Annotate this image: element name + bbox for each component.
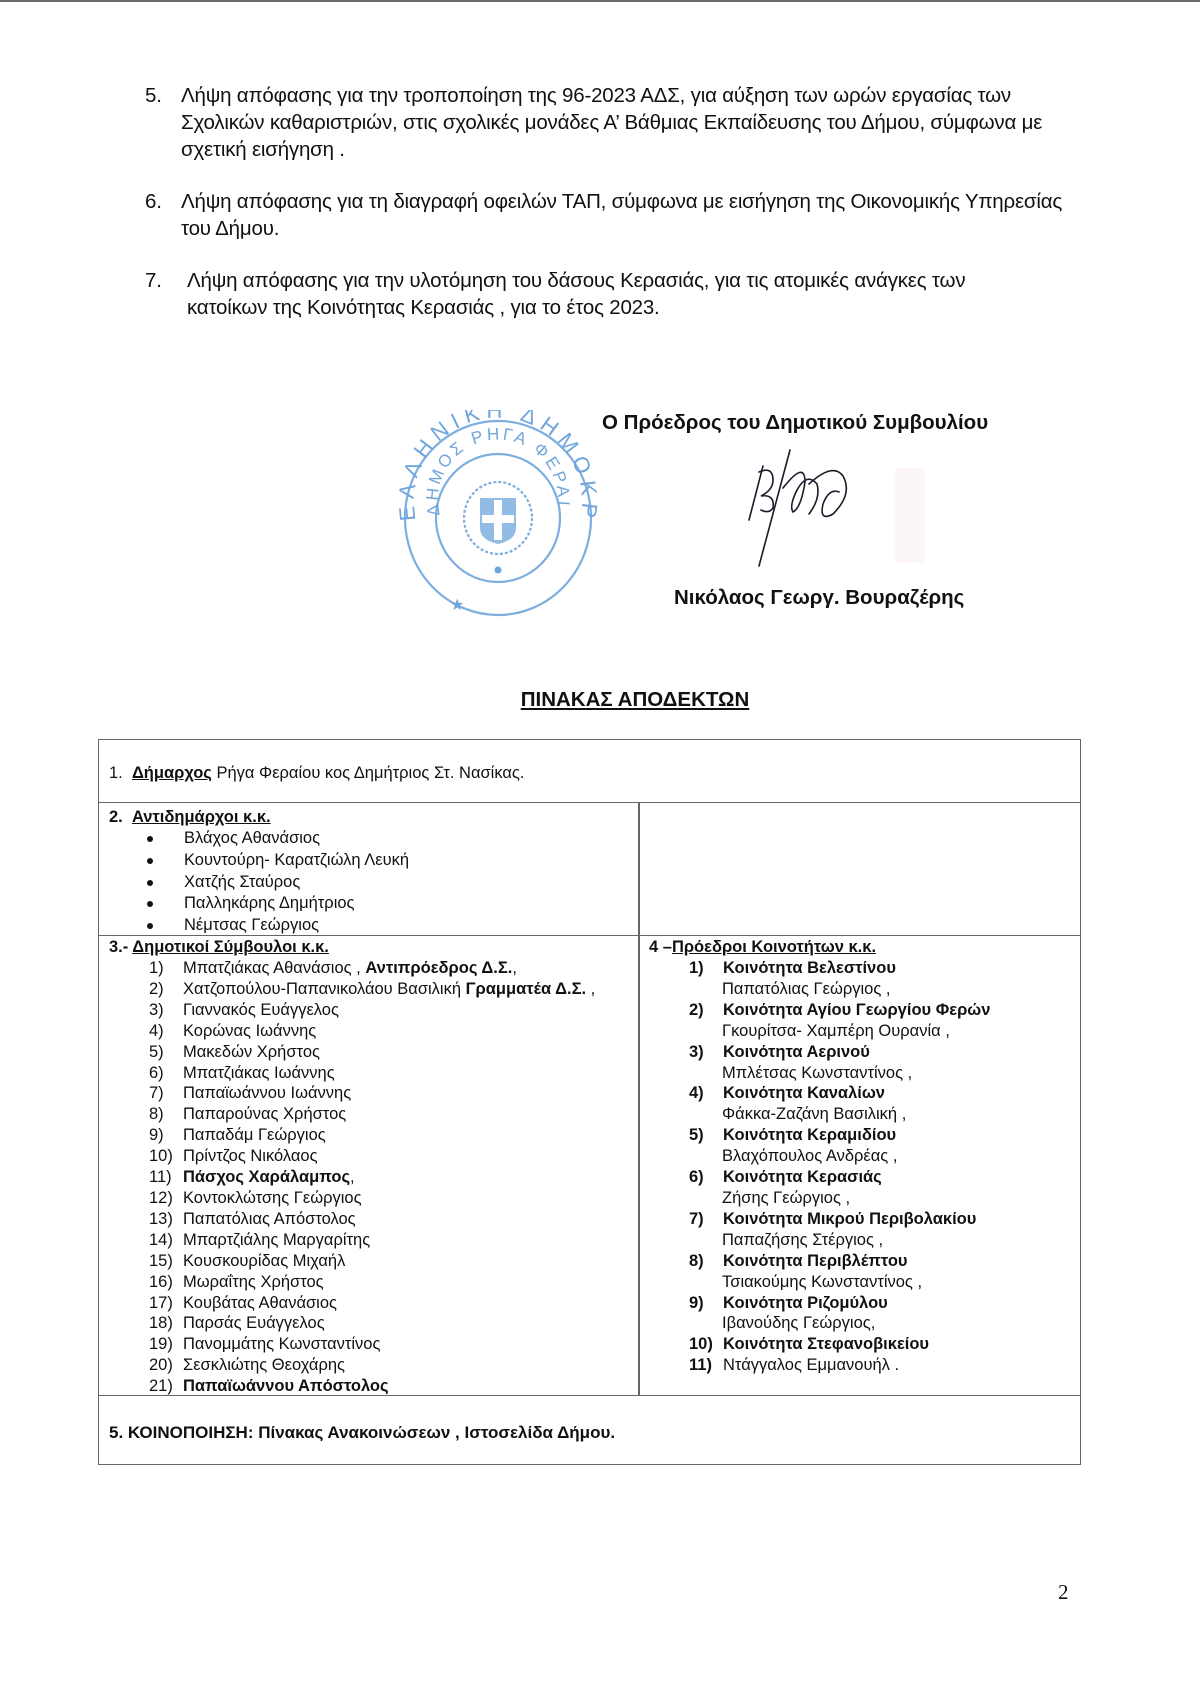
mayor-entry: 1. Δήμαρχος Ρήγα Φεραίου κος Δημήτριος Σ… [109, 763, 524, 784]
list-item: 1)Μπατζιάκας Αθανάσιος , Αντιπρόεδρος Δ.… [109, 958, 634, 979]
agenda-item-text: Λήψη απόφασης για την υλοτόμηση του δάσο… [187, 267, 1075, 321]
item-number: 8) [149, 1104, 183, 1125]
item-number: 11) [149, 1167, 183, 1188]
councillor-name: Παπαϊωάννου Απόστολος [183, 1377, 389, 1395]
councillor-entry: Παπατόλιας Απόστολος [183, 1209, 356, 1230]
list-item: 4)Κοινότητα ΚαναλίωνΦάκκα-Ζαζάνη Βασιλικ… [649, 1083, 1074, 1125]
row-deputy-mayors: 2. Αντιδημάρχοι κ.κ. Βλάχος ΑθανάσιοςΚου… [99, 803, 1080, 936]
item-number: 6) [689, 1167, 723, 1188]
deputy-mayors-number: 2. [109, 808, 123, 826]
community-president: Φάκκα-Ζαζάνη Βασιλική , [649, 1104, 1074, 1125]
list-item: 4)Κορώνας Ιωάννης [109, 1021, 634, 1042]
community-name: Κοινότητα Μικρού Περιβολακίου [723, 1209, 976, 1230]
community-name: Κοινότητα Αερινού [723, 1042, 870, 1063]
item-number: 8) [689, 1251, 723, 1272]
councillor-name: Μωραΐτης Χρήστος [183, 1273, 324, 1291]
list-item: 16)Μωραΐτης Χρήστος [109, 1272, 634, 1293]
column-divider [638, 803, 640, 1396]
recipients-table-title: ΠΙΝΑΚΑΣ ΑΠΟΔΕΚΤΩΝ [0, 688, 1200, 712]
item-number: 1) [689, 958, 723, 979]
councillors-number: 3.- [109, 938, 128, 956]
deputy-mayor-name: Νέμτσας Γεώργιος [184, 916, 319, 934]
councillors-label: Δημοτικοί Σύμβουλοι κ.κ. [132, 938, 329, 956]
councillor-entry: Γιαννακός Ευάγγελος [183, 1000, 339, 1021]
item-number: 10) [689, 1334, 723, 1355]
councillor-name: Πάσχος Χαράλαμπος [183, 1168, 350, 1186]
list-item: Βλάχος Αθανάσιος [109, 828, 634, 850]
item-number: 2) [689, 1000, 723, 1021]
item-number: 5) [689, 1125, 723, 1146]
item-number: 12) [149, 1188, 183, 1209]
councillor-entry: Παπαδάμ Γεώργιος [183, 1125, 326, 1146]
item-number: 4) [689, 1083, 723, 1104]
notification-text: Πίνακας Ανακοινώσεων , Ιστοσελίδα Δήμου. [258, 1423, 615, 1442]
agenda-item-text: Λήψη απόφασης για την τροποποίηση της 96… [181, 82, 1075, 163]
agenda-item-text: Λήψη απόφασης για τη διαγραφή οφειλών ΤΑ… [181, 188, 1075, 242]
councillor-name: Παπαϊωάννου Ιωάννης [183, 1084, 351, 1102]
councillor-entry: Μακεδών Χρήστος [183, 1042, 320, 1063]
community-president: Παπαζήσης Στέργιος , [649, 1230, 1074, 1251]
notification-entry: 5. ΚΟΙΝΟΠΟΙΗΣΗ: Πίνακας Ανακοινώσεων , Ι… [109, 1422, 615, 1443]
community-heading: 2)Κοινότητα Αγίου Γεωργίου Φερών [649, 1000, 1074, 1021]
councillor-name: Παρσάς Ευάγγελος [183, 1314, 325, 1332]
row-councillors-and-presidents: 3.- Δημοτικοί Σύμβουλοι κ.κ. 1)Μπατζιάκα… [99, 936, 1080, 1396]
item-number: 16) [149, 1272, 183, 1293]
councillor-name: Παπαρούνας Χρήστος [183, 1105, 346, 1123]
list-item: 19)Πανομμάτης Κωνσταντίνος [109, 1334, 634, 1355]
svg-text:★: ★ [450, 597, 464, 614]
bullet-icon [147, 901, 153, 907]
community-presidents-number: 4 – [649, 938, 672, 956]
agenda-item: 6. Λήψη απόφασης για τη διαγραφή οφειλών… [145, 188, 1075, 242]
councillor-name: Σεσκλιώτης Θεοχάρης [183, 1356, 345, 1374]
list-item: 5)Μακεδών Χρήστος [109, 1042, 634, 1063]
list-item: 9)Κοινότητα ΡιζομύλουΙβανούδης Γεώργιος, [649, 1293, 1074, 1335]
councillor-entry: Μπαρτζιάλης Μαργαρίτης [183, 1230, 370, 1251]
deputy-mayor-name: Κουντούρη- Καρατζιώλη Λευκή [184, 851, 409, 869]
councillor-name: Μπαρτζιάλης Μαργαρίτης [183, 1231, 370, 1249]
councillor-entry: Πρίντζος Νικόλαος [183, 1146, 318, 1167]
item-number: 7) [149, 1083, 183, 1104]
community-name: Κοινότητα Κεραμιδίου [723, 1125, 896, 1146]
councillor-entry: Κοντοκλώτσης Γεώργιος [183, 1188, 362, 1209]
list-item: 7)Παπαϊωάννου Ιωάννης [109, 1083, 634, 1104]
community-presidents-label: Πρόεδροι Κοινοτήτων κ.κ. [672, 938, 876, 956]
list-item: 10)Πρίντζος Νικόλαος [109, 1146, 634, 1167]
agenda-list: 5. Λήψη απόφασης για την τροποποίηση της… [145, 82, 1075, 346]
community-name: Κοινότητα Αγίου Γεωργίου Φερών [723, 1000, 990, 1021]
councillor-entry: Παρσάς Ευάγγελος [183, 1313, 325, 1334]
councillor-entry: Μπατζιάκας Αθανάσιος , Αντιπρόεδρος Δ.Σ.… [183, 958, 517, 979]
bullet-icon [147, 880, 153, 886]
agenda-item: 5. Λήψη απόφασης για την τροποποίηση της… [145, 82, 1075, 163]
item-number: 7) [689, 1209, 723, 1230]
punctuation: , [350, 1168, 355, 1186]
signatory-name: Νικόλαος Γεωργ. Βουραζέρης [674, 586, 964, 610]
community-president: Παπατόλιας Γεώργιος , [649, 979, 1074, 1000]
list-item: 17)Κουβάτας Αθανάσιος [109, 1293, 634, 1314]
community-name: Κοινότητα Βελεστίνου [723, 958, 896, 979]
item-number: 15) [149, 1251, 183, 1272]
item-number: 19) [149, 1334, 183, 1355]
community-heading: 3)Κοινότητα Αερινού [649, 1042, 1074, 1063]
list-item: 7)Κοινότητα Μικρού ΠεριβολακίουΠαπαζήσης… [649, 1209, 1074, 1251]
item-number: 6) [149, 1063, 183, 1084]
councillor-name: Κουβάτας Αθανάσιος [183, 1294, 337, 1312]
councillor-entry: Μωραΐτης Χρήστος [183, 1272, 324, 1293]
community-heading: 4)Κοινότητα Καναλίων [649, 1083, 1074, 1104]
bullet-icon [147, 858, 153, 864]
mayor-text: Ρήγα Φεραίου κος Δημήτριος Στ. Νασίκας. [212, 764, 525, 782]
agenda-item: 7. Λήψη απόφασης για την υλοτόμηση του δ… [145, 267, 1075, 321]
deputy-mayors-list: Βλάχος ΑθανάσιοςΚουντούρη- Καρατζιώλη Λε… [109, 828, 634, 937]
community-president: Γκουρίτσα- Χαμπέρη Ουρανία , [649, 1021, 1074, 1042]
agenda-item-number: 6. [145, 188, 181, 242]
mayor-number: 1. [109, 764, 123, 782]
councillor-entry: Σεσκλιώτης Θεοχάρης [183, 1355, 345, 1376]
list-item: 3)Γιαννακός Ευάγγελος [109, 1000, 634, 1021]
mayor-label: Δήμαρχος [132, 764, 212, 782]
community-presidents-heading: 4 –Πρόεδροι Κοινοτήτων κ.κ. [649, 937, 1074, 958]
councillor-name: Κοντοκλώτσης Γεώργιος [183, 1189, 362, 1207]
item-number: 21) [149, 1376, 183, 1397]
community-name: Κοινότητα Περιβλέπτου [723, 1251, 908, 1272]
councillor-role: Αντιπρόεδρος Δ.Σ. [365, 959, 512, 977]
deputy-mayor-name: Βλάχος Αθανάσιος [184, 829, 320, 847]
list-item: Νέμτσας Γεώργιος [109, 915, 634, 937]
councillor-name: Παπαδάμ Γεώργιος [183, 1126, 326, 1144]
community-president: Ζήσης Γεώργιος , [649, 1188, 1074, 1209]
list-item: Παλληκάρης Δημήτριος [109, 893, 634, 915]
councillor-name: Γιαννακός Ευάγγελος [183, 1001, 339, 1019]
community-president: Ιβανούδης Γεώργιος, [649, 1313, 1074, 1334]
handwritten-signature-icon [735, 448, 925, 568]
list-item: 14)Μπαρτζιάλης Μαργαρίτης [109, 1230, 634, 1251]
councillor-entry: Παπαρούνας Χρήστος [183, 1104, 346, 1125]
community-president: Τσιακούμης Κωνσταντίνος , [649, 1272, 1074, 1293]
councillor-entry: Κουβάτας Αθανάσιος [183, 1293, 337, 1314]
community-heading: 1)Κοινότητα Βελεστίνου [649, 958, 1074, 979]
councillor-name: Πρίντζος Νικόλαος [183, 1147, 318, 1165]
deputy-mayors-heading: 2. Αντιδημάρχοι κ.κ. [109, 807, 634, 828]
list-item: 9)Παπαδάμ Γεώργιος [109, 1125, 634, 1146]
page-top-border [0, 0, 1200, 2]
list-item: 6)Κοινότητα ΚερασιάςΖήσης Γεώργιος , [649, 1167, 1074, 1209]
item-number: 9) [149, 1125, 183, 1146]
community-name: Κοινότητα Κερασιάς [723, 1167, 882, 1188]
community-president: Ντάγγαλος Εμμανουήλ . [723, 1355, 899, 1376]
punctuation: , [512, 959, 517, 977]
community-name: Κοινότητα Ριζομύλου [723, 1293, 888, 1314]
councillor-name: Μακεδών Χρήστος [183, 1043, 320, 1061]
list-item: 8)Παπαρούνας Χρήστος [109, 1104, 634, 1125]
list-item: 2)Κοινότητα Αγίου Γεωργίου Φερών Γκουρίτ… [649, 1000, 1074, 1042]
community-heading: 9)Κοινότητα Ριζομύλου [649, 1293, 1074, 1314]
list-item: 13)Παπατόλιας Απόστολος [109, 1209, 634, 1230]
councillor-entry: Παπαϊωάννου Ιωάννης [183, 1083, 351, 1104]
item-number: 13) [149, 1209, 183, 1230]
list-item: 18)Παρσάς Ευάγγελος [109, 1313, 634, 1334]
list-item: 8)Κοινότητα ΠεριβλέπτουΤσιακούμης Κωνστα… [649, 1251, 1074, 1293]
municipal-seal-stamp-icon: ΕΛΛΗΝΙΚΗ ΔΗΜΟΚΡΑΤΙΑ ΔΗΜΟΣ ΡΗΓΑ ΦΕΡΑΙΟΥ ★ [398, 410, 598, 620]
item-number: 9) [689, 1293, 723, 1314]
community-president: Μπλέτσας Κωνσταντίνος , [649, 1063, 1074, 1084]
list-item: 11)Πάσχος Χαράλαμπος, [109, 1167, 634, 1188]
community-heading: 10)Κοινότητα Στεφανοβικείου [649, 1334, 1074, 1355]
recipients-table: 1. Δήμαρχος Ρήγα Φεραίου κος Δημήτριος Σ… [98, 739, 1081, 1465]
community-president: Βλαχόπουλος Ανδρέας , [649, 1146, 1074, 1167]
deputy-mayors-label: Αντιδημάρχοι κ.κ. [132, 808, 271, 826]
bullet-icon [147, 836, 153, 842]
community-name: Κοινότητα Στεφανοβικείου [723, 1334, 929, 1355]
councillor-name: Κουσκουρίδας Μιχαήλ [183, 1252, 345, 1270]
list-item: Κουντούρη- Καρατζιώλη Λευκή [109, 850, 634, 872]
list-item: 12)Κοντοκλώτσης Γεώργιος [109, 1188, 634, 1209]
list-item: 1)Κοινότητα ΒελεστίνουΠαπατόλιας Γεώργιο… [649, 958, 1074, 1000]
councillor-name: Κορώνας Ιωάννης [183, 1022, 316, 1040]
agenda-item-number: 7. [145, 267, 187, 321]
councillor-name: Παπατόλιας Απόστολος [183, 1210, 356, 1228]
deputy-mayor-name: Παλληκάρης Δημήτριος [184, 894, 355, 912]
community-heading: 5)Κοινότητα Κεραμιδίου [649, 1125, 1074, 1146]
item-number: 20) [149, 1355, 183, 1376]
community-heading: 8)Κοινότητα Περιβλέπτου [649, 1251, 1074, 1272]
signature-title: Ο Πρόεδρος του Δημοτικού Συμβουλίου [602, 411, 988, 435]
row-notification: 5. ΚΟΙΝΟΠΟΙΗΣΗ: Πίνακας Ανακοινώσεων , Ι… [99, 1396, 1080, 1464]
community-presidents-list: 1)Κοινότητα ΒελεστίνουΠαπατόλιας Γεώργιο… [649, 958, 1074, 1376]
agenda-item-number: 5. [145, 82, 181, 163]
item-number: 1) [149, 958, 183, 979]
deputy-mayor-name: Χατζής Σταύρος [184, 873, 300, 891]
list-item: 11) Ντάγγαλος Εμμανουήλ . [649, 1355, 1074, 1376]
community-heading: 7)Κοινότητα Μικρού Περιβολακίου [649, 1209, 1074, 1230]
item-number: 14) [149, 1230, 183, 1251]
councillor-entry: Κορώνας Ιωάννης [183, 1021, 316, 1042]
community-heading: 6)Κοινότητα Κερασιάς [649, 1167, 1074, 1188]
page-number: 2 [1058, 1580, 1069, 1605]
councillor-entry: Χατζοπούλου-Παπανικολάου Βασιλική Γραμμα… [183, 979, 595, 1000]
councillor-entry: Μπατζιάκας Ιωάννης [183, 1063, 335, 1084]
list-item: 3)Κοινότητα Αερινού Μπλέτσας Κωνσταντίνο… [649, 1042, 1074, 1084]
list-item: 21)Παπαϊωάννου Απόστολος [109, 1376, 634, 1397]
item-number: 2) [149, 979, 183, 1000]
councillor-entry: Κουσκουρίδας Μιχαήλ [183, 1251, 345, 1272]
councillor-name: Μπατζιάκας Αθανάσιος , [183, 959, 365, 977]
councillor-entry: Παπαϊωάννου Απόστολος [183, 1376, 389, 1397]
item-number: 5) [149, 1042, 183, 1063]
councillor-name: Μπατζιάκας Ιωάννης [183, 1064, 335, 1082]
bullet-icon [147, 923, 153, 929]
item-number: 3) [149, 1000, 183, 1021]
item-number: 10) [149, 1146, 183, 1167]
item-number: 4) [149, 1021, 183, 1042]
councillor-name: Χατζοπούλου-Παπανικολάου Βασιλική [183, 980, 466, 998]
list-item: 5)Κοινότητα ΚεραμιδίουΒλαχόπουλος Ανδρέα… [649, 1125, 1074, 1167]
list-item: Χατζής Σταύρος [109, 872, 634, 894]
list-item: 2)Χατζοπούλου-Παπανικολάου Βασιλική Γραμ… [109, 979, 634, 1000]
item-number: 11) [689, 1355, 723, 1376]
list-item: 20)Σεσκλιώτης Θεοχάρης [109, 1355, 634, 1376]
item-number: 17) [149, 1293, 183, 1314]
row-mayor: 1. Δήμαρχος Ρήγα Φεραίου κος Δημήτριος Σ… [99, 740, 1080, 803]
councillor-role: Γραμματέα Δ.Σ. [466, 980, 586, 998]
councillor-entry: Πάσχος Χαράλαμπος, [183, 1167, 355, 1188]
notification-label: 5. ΚΟΙΝΟΠΟΙΗΣΗ: [109, 1423, 258, 1442]
list-item: 6)Μπατζιάκας Ιωάννης [109, 1063, 634, 1084]
councillor-name: Πανομμάτης Κωνσταντίνος [183, 1335, 380, 1353]
item-number: 18) [149, 1313, 183, 1334]
councillors-heading: 3.- Δημοτικοί Σύμβουλοι κ.κ. [109, 937, 634, 958]
punctuation: , [586, 980, 595, 998]
list-item: 10)Κοινότητα Στεφανοβικείου [649, 1334, 1074, 1355]
community-name: Κοινότητα Καναλίων [723, 1083, 885, 1104]
councillor-entry: Πανομμάτης Κωνσταντίνος [183, 1334, 380, 1355]
list-item: 15)Κουσκουρίδας Μιχαήλ [109, 1251, 634, 1272]
councillors-list: 1)Μπατζιάκας Αθανάσιος , Αντιπρόεδρος Δ.… [109, 958, 634, 1397]
item-number: 3) [689, 1042, 723, 1063]
community-heading: 11) Ντάγγαλος Εμμανουήλ . [649, 1355, 1074, 1376]
